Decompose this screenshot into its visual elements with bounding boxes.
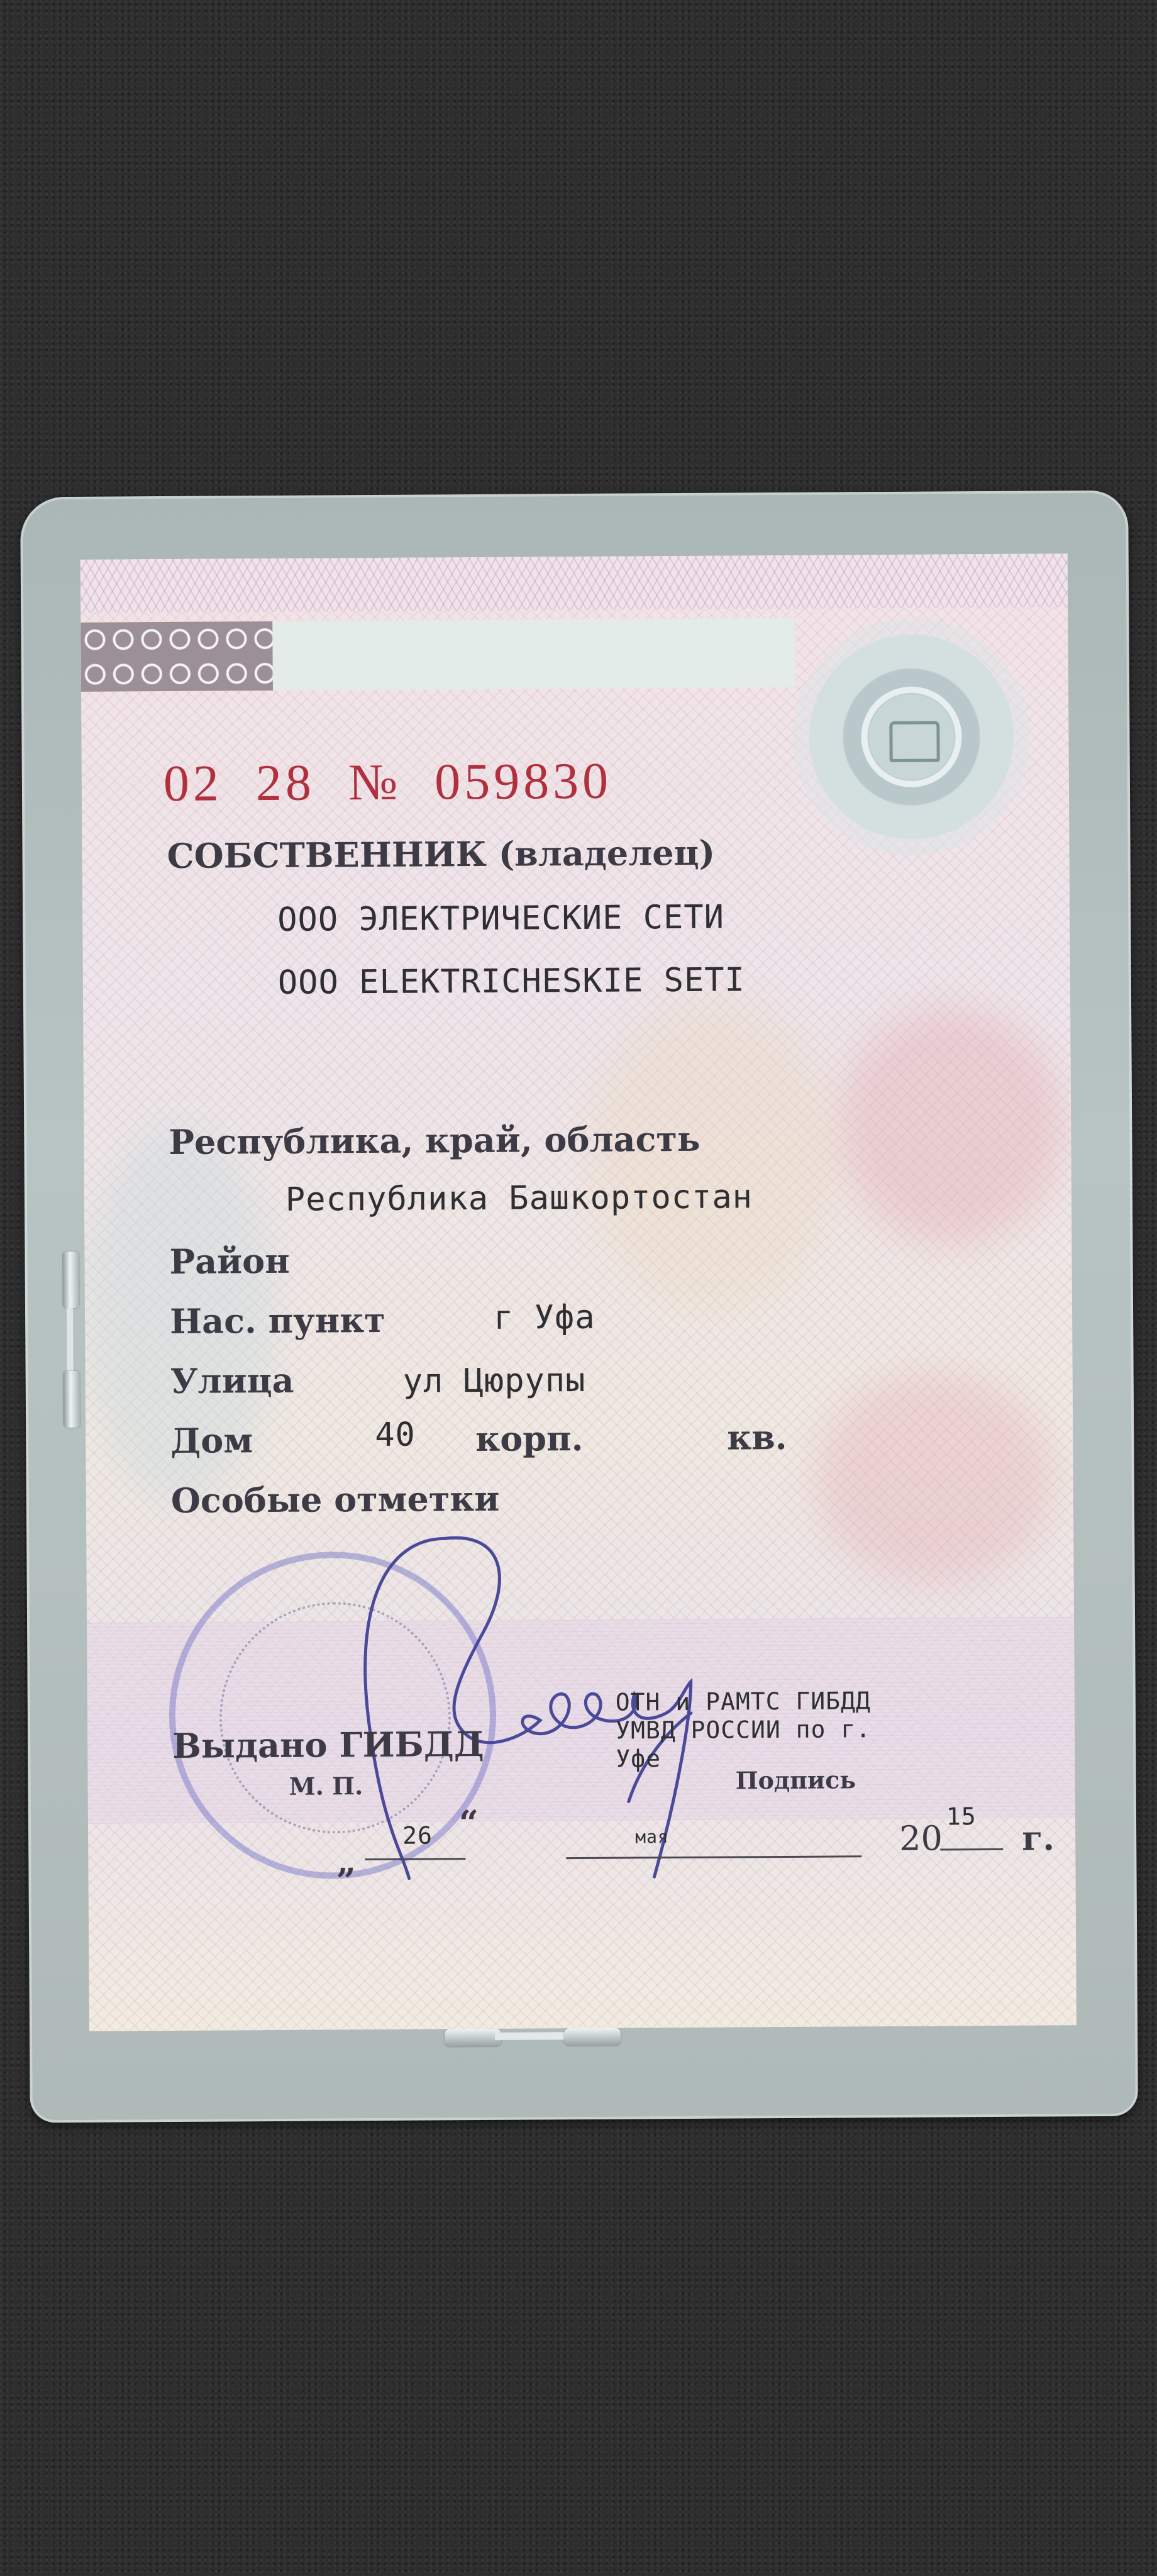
street-label: Улица bbox=[170, 1360, 294, 1401]
owner-name-ru: ООО ЭЛЕКТРИЧЕСКИЕ СЕТИ bbox=[277, 899, 724, 939]
apartment-label: кв. bbox=[727, 1417, 787, 1458]
ornament-strip bbox=[80, 621, 273, 692]
staple-bottom-left bbox=[445, 2029, 501, 2047]
locality-value: г Уфа bbox=[494, 1299, 595, 1337]
house-value: 40 bbox=[375, 1416, 416, 1454]
building-label: корп. bbox=[475, 1418, 583, 1459]
hologram-emblem-icon bbox=[791, 617, 1031, 857]
region-value: Республика Башкортостан bbox=[285, 1178, 753, 1219]
issuing-authority-line3: Уфе bbox=[616, 1745, 661, 1772]
house-label: Дом bbox=[170, 1420, 253, 1461]
staple-bar-left bbox=[67, 1308, 74, 1371]
region-label: Республика, край, область bbox=[169, 1119, 700, 1162]
guilloche-band bbox=[80, 553, 1068, 613]
date-year-suffix: 15 bbox=[946, 1802, 977, 1830]
staple-top bbox=[62, 1252, 79, 1308]
staple-bottom-right bbox=[564, 2028, 621, 2046]
street-value: ул Цюрупы bbox=[403, 1362, 586, 1401]
date-open-quote: „ bbox=[336, 1841, 356, 1881]
staple-bottom bbox=[64, 1371, 80, 1428]
locality-label: Нас. пункт bbox=[170, 1300, 385, 1341]
seal-label: М. П. bbox=[289, 1772, 363, 1801]
staple-bar-bottom bbox=[495, 2032, 570, 2040]
registration-document: 02 28 № 059830 СОБСТВЕННИК (владелец) ОО… bbox=[80, 553, 1077, 2031]
issuing-authority-line2: УМВД РОССИИ по г. bbox=[616, 1715, 871, 1744]
owner-name-lat: OOO ELEKTRICHESKIE SETI bbox=[278, 961, 745, 1002]
date-year-unit: г. bbox=[1022, 1818, 1055, 1858]
laminate-sleeve: 02 28 № 059830 СОБСТВЕННИК (владелец) ОО… bbox=[20, 491, 1138, 2123]
date-month: мая bbox=[635, 1826, 669, 1847]
district-label: Район bbox=[169, 1241, 290, 1282]
owner-label: СОБСТВЕННИК (владелец) bbox=[167, 833, 715, 876]
signature-label: Подпись bbox=[735, 1765, 856, 1794]
car-icon bbox=[889, 721, 939, 762]
issuing-authority-line1: ОТН и РАМТС ГИБДД bbox=[616, 1687, 871, 1716]
blank-header-field bbox=[272, 618, 795, 691]
special-marks-label: Особые отметки bbox=[171, 1479, 500, 1521]
serial-number: 02 28 № 059830 bbox=[163, 752, 612, 813]
issued-label: Выдано ГИБДД bbox=[172, 1724, 484, 1766]
date-year-prefix: 20 bbox=[899, 1818, 943, 1858]
date-close-quote: “ bbox=[459, 1802, 479, 1843]
date-day: 26 bbox=[402, 1821, 433, 1849]
